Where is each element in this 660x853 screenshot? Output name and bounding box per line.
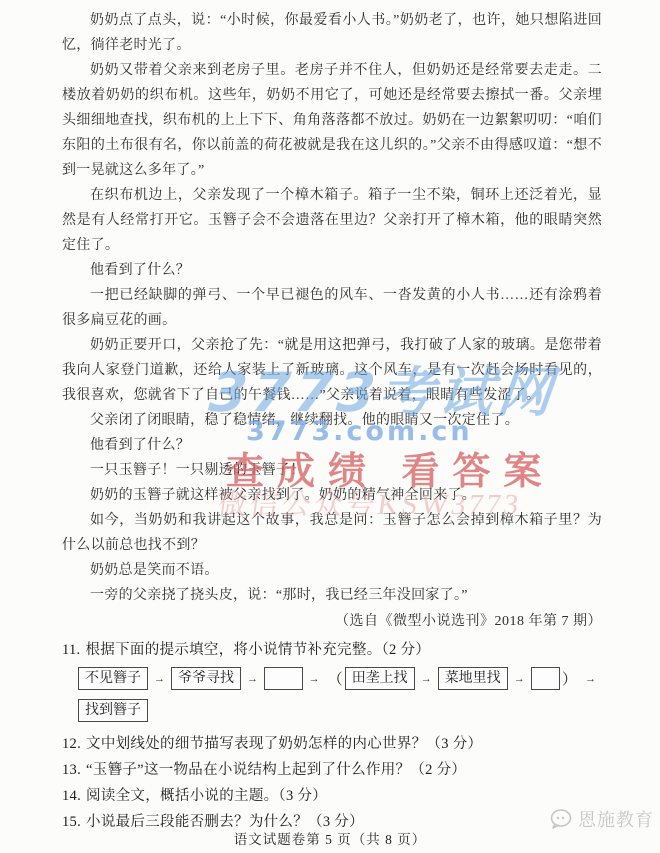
story-paragraph: 父亲闭了闭眼睛，稳了稳情绪，继续翻找。他的眼睛又一次定住了。 (62, 408, 602, 433)
story-paragraph: 一只玉簪子！一只剔透的玉簪子！ (62, 458, 602, 483)
question-14: 14.阅读全文，概括小说的主题。（3 分） (62, 783, 602, 809)
question-number: 11. (62, 642, 81, 658)
story-paragraph: 他看到了什么？ (62, 433, 602, 458)
flow-box-grandpa-search: 爷爷寻找 (171, 667, 241, 690)
question-text: 文中划线处的细节描写表现了奶奶怎样的内心世界？（3 分） (86, 736, 482, 752)
chat-bubble-icon (550, 808, 574, 830)
question-13: 13.“玉簪子”这一物品在小说结构上起到了什么作用？（2 分） (62, 757, 602, 783)
story-paragraph: 一把已经缺脚的弹弓、一个早已褪色的风车、一沓发黄的小人书……还有涂鸦着很多扁豆花… (62, 283, 602, 333)
question-text: “玉簪子”这一物品在小说结构上起到了什么作用？（2 分） (86, 762, 466, 778)
story-paragraph: 他看到了什么？ (62, 258, 602, 283)
open-paren: （ (328, 668, 343, 689)
question-text: 阅读全文，概括小说的主题。（3 分） (86, 788, 327, 804)
story-paragraph: 奶奶又带着父亲来到老房子里。老房子并不住人，但奶奶还是经常要去走走。二楼放着奶奶… (62, 58, 602, 183)
question-12: 12.文中划线处的细节描写表现了奶奶怎样的内心世界？（3 分） (62, 731, 602, 757)
flow-arrow-icon: → (514, 673, 525, 685)
source-citation: （选自《微型小说选刊》2018 年第 7 期） (62, 608, 602, 635)
flow-box-blank-1 (264, 667, 303, 690)
exam-page: 奶奶点了点头，说：“小时候，你最爱看小人书。”奶奶老了，也许，她只想陷进回忆，徜… (0, 0, 660, 853)
close-paren: ） (562, 668, 577, 689)
flow-box-found: 找到簪子 (78, 699, 148, 722)
flow-row-2: 找到簪子 (78, 699, 602, 722)
flow-box-garden-search: 菜地里找 (438, 667, 508, 690)
story-paragraph: 如今，当奶奶和我讲起这个故事，我总是问：玉簪子怎么会掉到樟木箱子里？为什么以前总… (62, 508, 602, 558)
story-paragraph: 奶奶正要开口，父亲抢了先：“就是用这把弹弓，我打破了人家的玻璃。是您带着我向人家… (62, 333, 602, 408)
flow-arrow-icon: → (421, 673, 432, 685)
question-list: 11.根据下面的提示填空，将小说情节补充完整。（2 分） 不见簪子 → 爷爷寻找… (62, 637, 602, 835)
story-paragraph: 奶奶点了点头，说：“小时候，你最爱看小人书。”奶奶老了，也许，她只想陷进回忆，徜… (62, 8, 602, 58)
plot-flow-diagram: 不见簪子 → 爷爷寻找 → → （ 田垄上找 → 菜地里找 → ） → 找到簪子 (78, 667, 602, 722)
page-footer: 语文试题卷第 5 页（共 8 页） (0, 828, 660, 848)
question-number: 14. (62, 788, 81, 804)
flow-box-not-found: 不见簪子 (78, 667, 148, 690)
story-paragraph: 一旁的父亲挠了挠头皮，说：“那时，我已经三年没回家了。” (62, 583, 602, 608)
flow-row-1: 不见簪子 → 爷爷寻找 → → （ 田垄上找 → 菜地里找 → ） → (78, 667, 602, 690)
flow-box-blank-2 (531, 667, 560, 690)
flow-box-field-search: 田垄上找 (345, 667, 415, 690)
question-11: 11.根据下面的提示填空，将小说情节补充完整。（2 分） (62, 637, 602, 663)
question-text: 根据下面的提示填空，将小说情节补充完整。（2 分） (86, 642, 431, 658)
question-number: 13. (62, 762, 81, 778)
story-passage: 奶奶点了点头，说：“小时候，你最爱看小人书。”奶奶老了，也许，她只想陷进回忆，徜… (62, 8, 602, 635)
story-paragraph: 在织布机边上，父亲发现了一个樟木箱子。箱子一尘不染，铜环上还泛着光，显然是有人经… (62, 183, 602, 258)
flow-arrow-icon: → (309, 673, 320, 685)
flow-arrow-icon: → (247, 673, 258, 685)
flow-arrow-icon: → (585, 673, 596, 685)
flow-arrow-icon: → (154, 673, 165, 685)
story-paragraph: 奶奶的玉簪子就这样被父亲找到了。奶奶的精气神全回来了。 (62, 483, 602, 508)
question-number: 12. (62, 736, 81, 752)
story-paragraph: 奶奶总是笑而不语。 (62, 558, 602, 583)
